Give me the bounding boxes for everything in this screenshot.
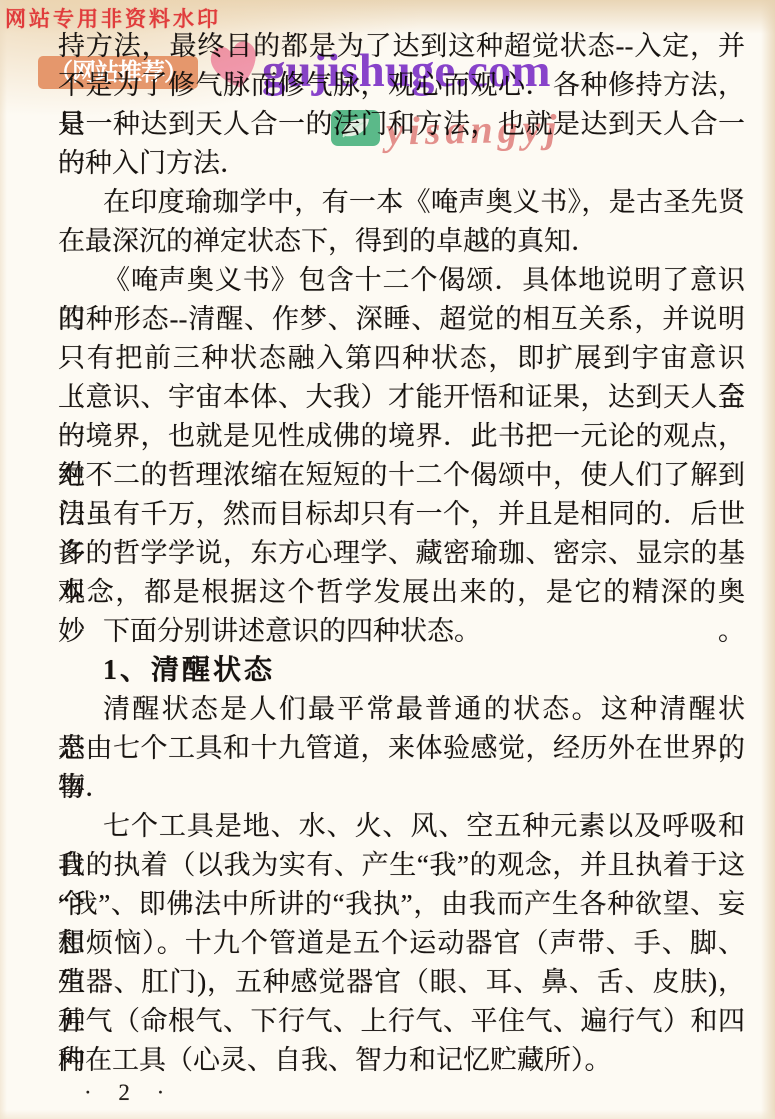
paper-tint-right	[761, 0, 775, 1119]
text-line: 四种形态--清醒、作梦、深睡、超觉的相互关系，并说明	[58, 300, 745, 339]
text-line: “我”、即佛法中所讲的“我执”，由我而产生各种欲望、妄想	[58, 885, 745, 924]
leaf-icon	[331, 110, 380, 146]
page-text: 持方法，最终目的都是为了达到这种超觉状态--入定，并 不是为了修气脉而修气脉，观…	[58, 27, 745, 1080]
text-line: 的境界，也就是见性成佛的境界．此书把一元论的观点，绝	[58, 417, 745, 456]
text-line: 我的执着（以我为实有、产生“我”的观念，并且执着于这个	[58, 846, 745, 885]
signature-watermark: yisangyj	[386, 104, 562, 154]
text-line: 在最深沉的禅定状态下，得到的卓越的真知．	[58, 222, 745, 261]
page-number: · 2 ·	[84, 1080, 171, 1106]
text-line: 内在工具（心灵、自我、智力和记忆贮藏所）。	[58, 1041, 745, 1080]
text-line: 对不二的哲理浓缩在短短的十二个偈颂中，使人们了解到法	[58, 456, 745, 495]
text-line: 物．	[58, 768, 745, 807]
text-line: 多的哲学学说，东方心理学、藏密瑜珈、密宗、显宗的基本	[58, 534, 745, 573]
text-line: 观念，都是根据这个哲学发展出来的，是它的精深的奥妙。	[58, 573, 745, 612]
text-line: 在印度瑜珈学中，有一本《唵声奥义书》，是古圣先贤	[58, 183, 745, 222]
site-url-watermark: gujishuge.com	[262, 44, 551, 98]
text-line: 《唵声奥义书》包含十二个偈颂．具体地说明了意识的	[58, 261, 745, 300]
text-line: 是由七个工具和十九管道，来体验感觉，经历外在世界的事	[58, 729, 745, 768]
text-line: 只有把前三种状态融入第四种状态，即扩展到宇宙意识（至	[58, 339, 745, 378]
text-line: 门虽有千万，然而目标却只有一个，并且是相同的．后世许	[58, 495, 745, 534]
text-line: 和烦恼）。十九个管道是五个运动器官（声带、手、脚、生	[58, 924, 745, 963]
scanned-book-page: （网站推荐） 持方法，最终目的都是为了达到这种超觉状态--入定，并 不是为了修气…	[0, 0, 775, 1119]
watermark-notice-text: 网站专用非资料水印	[5, 3, 221, 33]
text-line: 种气（命根气、下行气、上行气、平住气、遍行气）和四种	[58, 1002, 745, 1041]
text-line: 七个工具是地、水、火、风、空五种元素以及呼吸和自	[58, 807, 745, 846]
paper-tint-bottom	[0, 1110, 775, 1119]
text-line: 上意识、宇宙本体、大我）才能开悟和证果，达到天人合一	[58, 378, 745, 417]
text-line: 殖器、肛门)，五种感觉器官（眼、耳、鼻、舌、皮肤)，五	[58, 963, 745, 1002]
paper-tint-left	[0, 0, 7, 1119]
section-heading: 1、清醒状态	[58, 651, 745, 690]
text-line: 清醒状态是人们最平常最普通的状态。这种清醒状态，	[58, 690, 745, 729]
